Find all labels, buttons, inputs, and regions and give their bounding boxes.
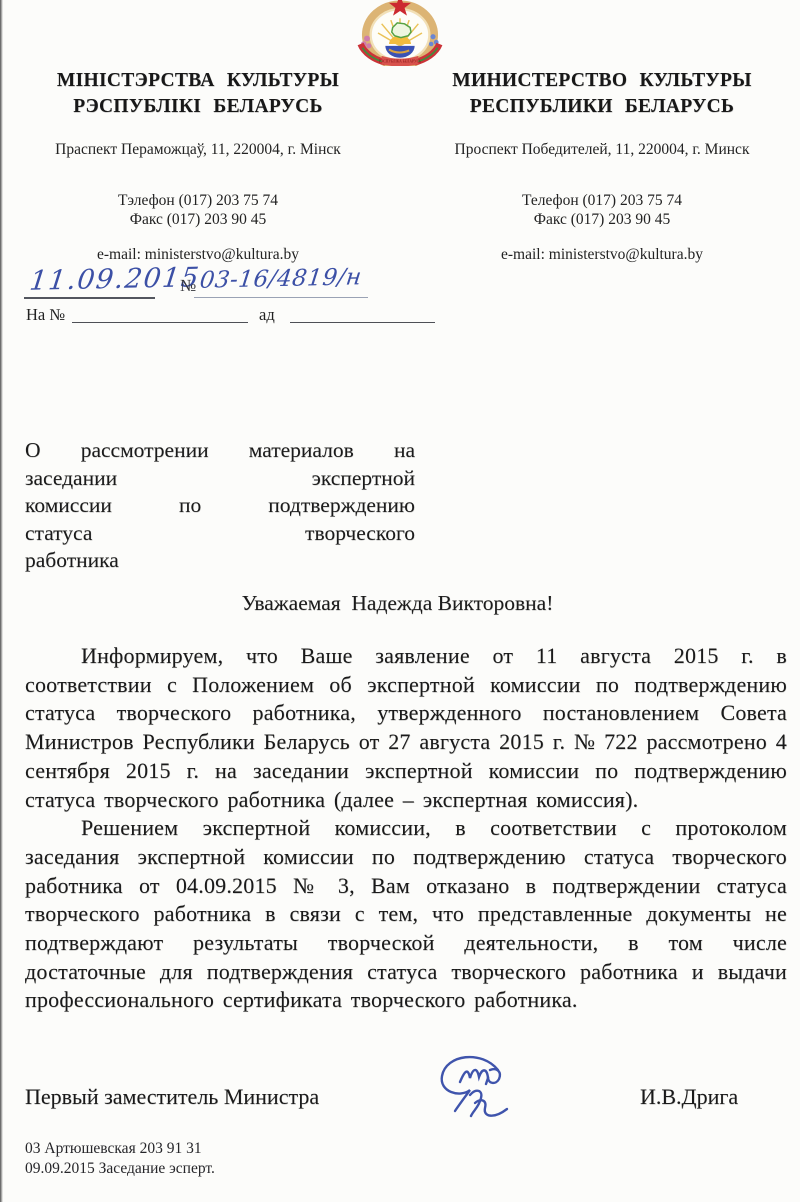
executor-notes: 03 Артюшевская 203 91 31 09.09.2015 Засе… (25, 1139, 215, 1179)
signatory-name: И.В.Дрига (640, 1084, 738, 1110)
phone-fax-ru: Телефон (017) 203 75 74 Факс (017) 203 9… (404, 191, 800, 229)
ministry-name-line1-by: МІНІСТЭРСТВА КУЛЬТУРЫ (0, 68, 396, 94)
reply-from-label: ад (259, 305, 275, 325)
address-ru: Проспект Победителей, 11, 220004, г. Мин… (404, 141, 800, 159)
letter-subject: О рассмотрении материалов на заседании э… (25, 437, 415, 575)
subject-line: статуса творческого (25, 520, 415, 548)
executor-contact: 03 Артюшевская 203 91 31 (25, 1139, 215, 1159)
subject-line: заседании экспертной (25, 465, 415, 493)
salutation: Уважаемая Надежда Викторовна! (25, 591, 770, 616)
signatory-title: Первый заместитель Министра (25, 1084, 319, 1110)
reply-to-number-label: На № (26, 305, 65, 325)
svg-text:РЭСПУБЛІКА БЕЛАРУСЬ: РЭСПУБЛІКА БЕЛАРУСЬ (379, 59, 421, 63)
phone-by: Тэлефон (017) 203 75 74 (0, 191, 396, 210)
address-by: Праспект Пераможцаў, 11, 220004, г. Мінс… (0, 141, 396, 159)
fax-by: Факс (017) 203 90 45 (0, 210, 396, 229)
handwritten-outgoing-number: 03-16/4819/н (198, 264, 363, 293)
number-sign-label: № (180, 276, 196, 296)
handwritten-signature (420, 1040, 530, 1128)
letterhead-belarusian: МІНІСТЭРСТВА КУЛЬТУРЫ РЭСПУБЛІКІ БЕЛАРУС… (0, 68, 396, 264)
body-paragraph-2: Решением экспертной комиссии, в соответс… (25, 814, 787, 1015)
phone-ru: Телефон (017) 203 75 74 (404, 191, 800, 210)
letter-body: Информируем, что Ваше заявление от 11 ав… (25, 642, 787, 1015)
number-underline (194, 297, 368, 298)
phone-fax-by: Тэлефон (017) 203 75 74 Факс (017) 203 9… (0, 191, 396, 229)
email-ru: e-mail: ministerstvo@kultura.by (404, 246, 800, 264)
belarus-coat-of-arms-icon: РЭСПУБЛІКА БЕЛАРУСЬ (354, 0, 446, 66)
body-paragraph-1: Информируем, что Ваше заявление от 11 ав… (25, 642, 787, 814)
fax-ru: Факс (017) 203 90 45 (404, 210, 800, 229)
executor-date-note: 09.09.2015 Заседание эсперт. (25, 1159, 215, 1179)
reply-date-blank-line (290, 322, 435, 323)
subject-line: О рассмотрении материалов на (25, 437, 415, 465)
scanned-letter-page: РЭСПУБЛІКА БЕЛАРУСЬ МІНІСТЭРСТВА КУЛЬТУР… (0, 0, 800, 1202)
handwritten-date: 11.09.2015 (28, 262, 202, 297)
ministry-name-line2-ru: РЕСПУБЛИКИ БЕЛАРУСЬ (404, 94, 800, 120)
letterhead-russian: МИНИСТЕРСТВО КУЛЬТУРЫ РЕСПУБЛИКИ БЕЛАРУС… (404, 68, 800, 264)
ministry-name-line1-ru: МИНИСТЕРСТВО КУЛЬТУРЫ (404, 68, 800, 94)
subject-line: работника (25, 547, 415, 575)
ministry-name-line2-by: РЭСПУБЛІКІ БЕЛАРУСЬ (0, 94, 396, 120)
reply-number-blank-line (72, 322, 248, 323)
date-underline (24, 297, 155, 299)
subject-line: комиссии по подтверждению (25, 492, 415, 520)
